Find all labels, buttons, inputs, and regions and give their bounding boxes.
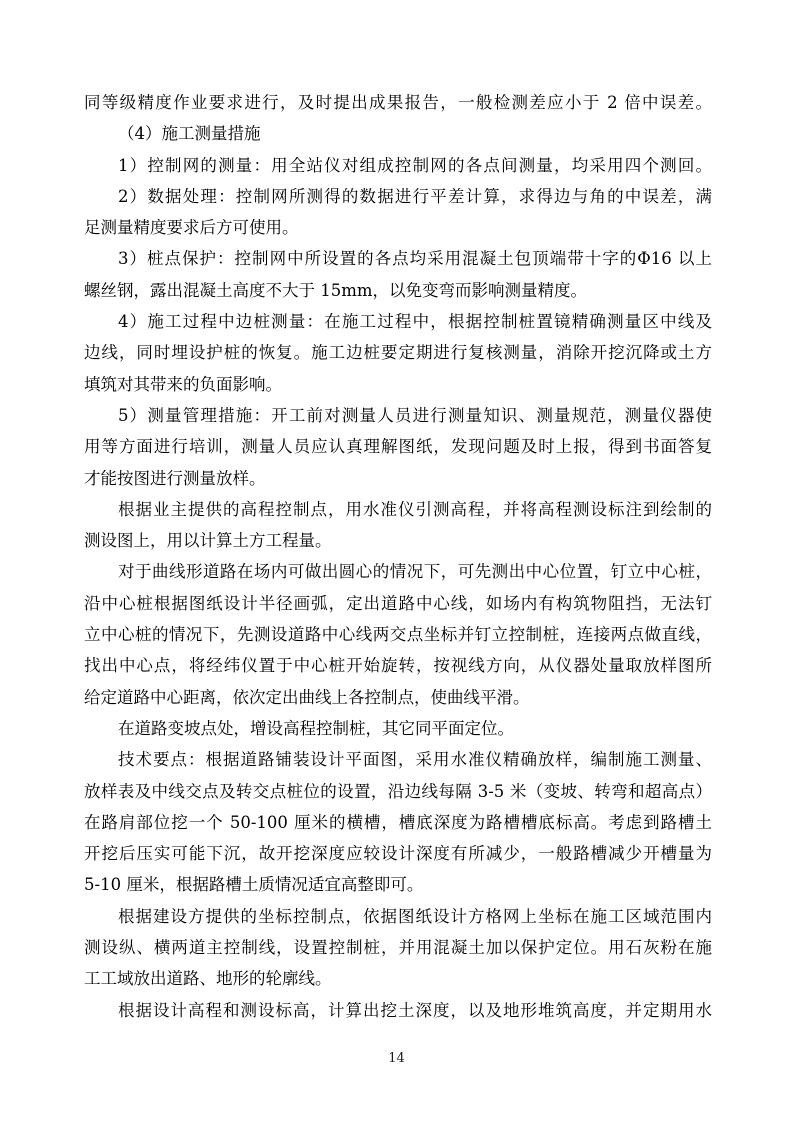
text-line: 给定道路中心距离，依次定出曲线上各控制点，使曲线平滑。 <box>84 682 712 713</box>
text-line: （4）施工测量措施 <box>84 118 712 149</box>
document-page: 同等级精度作业要求进行，及时提出成果报告，一般检测差应小于 2 倍中误差。（4）… <box>0 0 793 1122</box>
text-line: 同等级精度作业要求进行，及时提出成果报告，一般检测差应小于 2 倍中误差。 <box>84 87 712 118</box>
text-line: 对于曲线形道路在场内可做出圆心的情况下，可先测出中心位置，钉立中心桩， <box>84 556 712 587</box>
text-line: 在路肩部位挖一个 50-100 厘米的横槽，槽底深度为路槽槽底标高。考虑到路槽土 <box>84 807 712 838</box>
text-line: 螺丝钢，露出混凝土高度不大于 15mm，以免变弯而影响测量精度。 <box>84 275 712 306</box>
text-line: 边线，同时埋设护桩的恢复。施工边桩要定期进行复核测量，消除开挖沉降或土方 <box>84 337 712 368</box>
text-line: 根据设计高程和测设标高，计算出挖土深度，以及地形堆筑高度，并定期用水 <box>84 995 712 1026</box>
text-line: 5）测量管理措施：开工前对测量人员进行测量知识、测量规范，测量仪器使 <box>84 400 712 431</box>
text-line: 5-10 厘米，根据路槽土质情况适宜高整即可。 <box>84 869 712 900</box>
text-line: 沿中心桩根据图纸设计半径画弧，定出道路中心线，如场内有构筑物阻挡，无法钉 <box>84 588 712 619</box>
text-line: 测设图上，用以计算土方工程量。 <box>84 525 712 556</box>
text-line: 工工域放出道路、地形的轮廓线。 <box>84 963 712 994</box>
text-line: 测设纵、横两道主控制线，设置控制桩，并用混凝土加以保护定位。用石灰粉在施 <box>84 932 712 963</box>
text-line: 放样表及中线交点及转交点桩位的设置，沿边线每隔 3-5 米（变坡、转弯和超高点） <box>84 776 712 807</box>
text-line: 立中心桩的情况下，先测设道路中心线两交点坐标并钉立控制桩，连接两点做直线， <box>84 619 712 650</box>
text-line: 4）施工过程中边桩测量：在施工过程中，根据控制桩置镜精确测量区中线及 <box>84 306 712 337</box>
text-line: 2）数据处理：控制网所测得的数据进行平差计算，求得边与角的中误差，满 <box>84 181 712 212</box>
text-line: 开挖后压实可能下沉，故开挖深度应较设计深度有所减少，一般路槽减少开槽量为 <box>84 838 712 869</box>
page-number: 14 <box>0 1050 793 1068</box>
text-line: 技术要点：根据道路铺装设计平面图，采用水准仪精确放样，编制施工测量、 <box>84 744 712 775</box>
text-line: 根据建设方提供的坐标控制点，依据图纸设计方格网上坐标在施工区域范围内 <box>84 901 712 932</box>
text-line: 3）桩点保护：控制网中所设置的各点均采用混凝土包顶端带十字的Φ16 以上 <box>84 243 712 274</box>
text-line: 1）控制网的测量：用全站仪对组成控制网的各点间测量，均采用四个测回。 <box>84 150 712 181</box>
text-line: 在道路变坡点处，增设高程控制桩，其它同平面定位。 <box>84 713 712 744</box>
text-line: 根据业主提供的高程控制点，用水准仪引测高程，并将高程测设标注到绘制的 <box>84 494 712 525</box>
text-line: 找出中心点，将经纬仪置于中心桩开始旋转，按视线方向，从仪器处量取放样图所 <box>84 650 712 681</box>
text-line: 才能按图进行测量放样。 <box>84 463 712 494</box>
text-line: 用等方面进行培训，测量人员应认真理解图纸，发现问题及时上报，得到书面答复 <box>84 431 712 462</box>
document-body: 同等级精度作业要求进行，及时提出成果报告，一般检测差应小于 2 倍中误差。（4）… <box>84 87 712 1026</box>
text-line: 填筑对其带来的负面影响。 <box>84 369 712 400</box>
text-line: 足测量精度要求后方可使用。 <box>84 212 712 243</box>
